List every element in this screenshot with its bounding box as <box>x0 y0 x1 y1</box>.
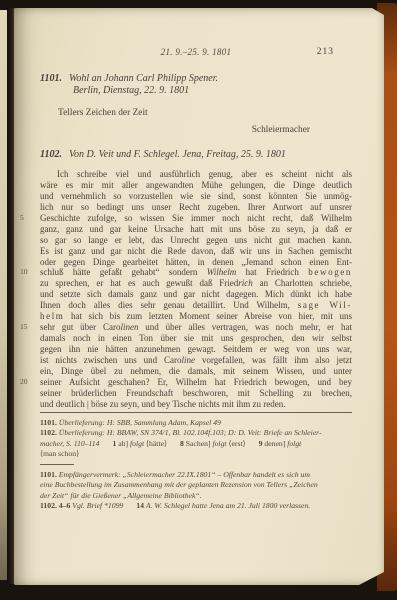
text-run: gegen ihn nie hätten anzunehmen gewagt. … <box>40 344 352 354</box>
text-run: schluß hätte gefaßt gehabt“ sondern <box>40 267 207 277</box>
text-run: ist nichts zwischen uns und Caro <box>40 355 182 365</box>
letter-1101-place-date: Berlin, Dienstag, 22. 9. 1801 <box>73 85 352 97</box>
text-run: wäre es mir mit aller angewandten Mühe g… <box>40 180 352 190</box>
text-run: ⟨erst⟩ <box>227 439 246 448</box>
text-run: line <box>182 355 196 365</box>
letter-1101-heading-line1: 1101.Wohl an Johann Carl Philipp Spener. <box>40 73 352 85</box>
text-line: 1101. Empfängervermerk: „Schleiermacher … <box>40 470 352 480</box>
margin-line-number: 10 <box>20 267 35 278</box>
text-run: ein, Dinge übel zu nehmen, die damals, m… <box>40 366 352 376</box>
letter-1102-heading: 1102.Von D. Veit und F. Schlegel. Jena, … <box>40 149 352 161</box>
text-line: zu sprechen, er hat es auch gewußt daß F… <box>40 278 352 289</box>
text-line: Ich schreibe viel und ausführlich genug,… <box>40 169 352 180</box>
text-run: eine Buchbestellung im Zusammenhang mit … <box>40 480 318 489</box>
text-line: Es ist ganz und gar nicht die Rede davon… <box>40 246 352 257</box>
commentary-divider-rule <box>40 464 74 465</box>
text-run: und vernehmlich so vorzustellen wie sie … <box>40 191 352 201</box>
text-run: ⟨hätte⟩ <box>144 439 167 448</box>
text-line: damals noch in einen Ton über sie mit un… <box>40 333 352 344</box>
text-run: und setzte sich damals ganz und gar nich… <box>40 289 352 299</box>
page-number: 213 <box>317 47 334 57</box>
text-run: Sachen] <box>184 439 213 448</box>
margin-line-number: 20 <box>20 377 35 388</box>
text-run: bewogen <box>308 267 352 277</box>
text-run: 4–6 <box>59 501 71 510</box>
text-run: oder gegen Dinge gearbeitet hätten, in d… <box>40 257 352 267</box>
text-run: lich nur so bedingt uns unser Recht zuge… <box>40 202 352 212</box>
text-line: seiner brüderlichen Freundschaft beschwo… <box>40 388 352 399</box>
text-run: vorgefallen, was fällt ihm also jetzt <box>195 355 352 365</box>
text-run: ganz, ganz und gar keine Ursache hatt mi… <box>40 224 352 234</box>
text-line: oder gegen Dinge gearbeitet hätten, in d… <box>40 257 352 268</box>
text-run: hat Friedrich <box>236 267 308 277</box>
text-line: ⟨man schon⟩ <box>40 449 352 459</box>
letter-1102-number: 1102. <box>40 149 62 160</box>
text-run: ⟨man schon⟩ <box>40 449 79 458</box>
text-line: der Zeit“ für die Gießener „Allgemeine B… <box>40 491 352 501</box>
text-run: sage Wil- <box>298 300 352 310</box>
letter-1101-heading: 1101.Wohl an Johann Carl Philipp Spener.… <box>40 73 352 96</box>
text-line: so gar so lange er lebt, das Unrecht geg… <box>40 235 352 246</box>
text-run: und deutlich | böse zu seyn, und bey Tis… <box>40 399 286 409</box>
letter-1102-text: Ich schreibe viel und ausführlich genug,… <box>40 169 352 410</box>
margin-line-number: 15 <box>20 322 35 333</box>
letter-1101-signature: Schleiermacher <box>40 125 310 135</box>
text-run: 1102. <box>40 428 57 437</box>
text-run: sehr gut über Caro <box>40 322 120 332</box>
text-run: 1101. <box>40 418 57 427</box>
text-run: zu sprechen, er hat es auch gewußt daß F… <box>40 278 238 288</box>
text-run: folgt <box>287 439 301 448</box>
letter-1102-title: Von D. Veit und F. Schlegel. Jena, Freit… <box>69 149 286 160</box>
text-line: 10schluß hätte gefaßt gehabt“ sondern Wi… <box>40 267 352 278</box>
text-run: seiner brüderlichen Freundschaft beschwo… <box>40 388 352 398</box>
text-run: Überlieferung: H: BBAW, SN 374/1, Bl. 10… <box>59 428 322 437</box>
text-run: seiner Aufsicht geschahen? Er, Wilhelm h… <box>40 377 352 387</box>
text-run: helm <box>40 311 64 321</box>
text-run: Es ist ganz und gar nicht die Rede davon… <box>40 246 352 256</box>
header-date-range: 21. 9.–25. 9. 1801 <box>40 47 352 57</box>
text-run: Ihnen doch alles dies sehr genau detaill… <box>40 300 298 310</box>
text-line: eine Buchbestellung im Zusammenhang mit … <box>40 480 352 490</box>
text-line: gegen ihn nie hätten anzunehmen gewagt. … <box>40 344 352 355</box>
text-run: folgt <box>212 439 226 448</box>
text-run: so gar so lange er lebt, das Unrecht geg… <box>40 235 352 245</box>
text-line: wäre es mir mit aller angewandten Mühe g… <box>40 180 352 191</box>
text-run: macher, S. 110–114 <box>40 439 100 448</box>
text-line: 1102. 4–6 Vgl. Brief *109914 A. W. Schle… <box>40 501 352 511</box>
text-run: an Charlotten schriebe, <box>253 278 352 288</box>
text-line: helm hat sich bis zum letzten Moment sei… <box>40 311 352 322</box>
text-run: 1102. <box>40 501 57 510</box>
text-run: ab] <box>116 439 130 448</box>
letter-1101-title: Wohl an Johann Carl Philipp Spener. <box>69 73 218 84</box>
text-run: und über alles vertragen, was noch mehr,… <box>138 322 352 332</box>
text-line: und setzte sich damals ganz und gar nich… <box>40 289 352 300</box>
apparatus-variants: 1101. Überlieferung: H: SBB, Sammlung Ad… <box>40 418 352 459</box>
text-run: der Zeit“ für die Gießener „Allgemeine B… <box>40 491 202 500</box>
text-run: 1101. <box>40 470 57 479</box>
text-run: denen] <box>262 439 287 448</box>
text-line: und deutlich | böse zu seyn, und bey Tis… <box>40 399 352 410</box>
text-run: Überlieferung: H: SBB, Sammlung Adam, Ka… <box>59 418 221 427</box>
text-run: Wilhelm <box>207 267 237 277</box>
running-header: 21. 9.–25. 9. 1801 213 <box>40 47 352 59</box>
page-content: 21. 9.–25. 9. 1801 213 1101.Wohl an Joha… <box>40 8 352 585</box>
book-page: 21. 9.–25. 9. 1801 213 1101.Wohl an Joha… <box>14 8 384 585</box>
text-line: macher, S. 110–1141 ab] folgt ⟨hätte⟩8 S… <box>40 439 352 449</box>
text-line: Ihnen doch alles dies sehr genau detaill… <box>40 300 352 311</box>
text-run: rich <box>238 278 253 288</box>
text-line: ist nichts zwischen uns und Caroline vor… <box>40 355 352 366</box>
text-run: damals noch in einen Ton über sie mit un… <box>40 333 352 343</box>
apparatus-divider-rule <box>40 412 352 413</box>
text-run: Geschichte zufolge, so wissen Sie immer … <box>40 213 352 223</box>
book-gutter-shadow <box>7 8 15 584</box>
apparatus-commentary: 1101. Empfängervermerk: „Schleiermacher … <box>40 470 352 511</box>
text-run: folgt <box>130 439 144 448</box>
text-run: 14 <box>136 501 144 510</box>
text-run: A. W. Schlegel hatte Jena am 21. Juli 18… <box>146 501 310 510</box>
text-line: und vernehmlich so vorzustellen wie sie … <box>40 191 352 202</box>
text-line: 1101. Überlieferung: H: SBB, Sammlung Ad… <box>40 418 352 428</box>
text-line: 20seiner Aufsicht geschahen? Er, Wilhelm… <box>40 377 352 388</box>
text-run: linen <box>120 322 138 332</box>
letter-1101-body-text: Tellers Zeichen der Zeit <box>40 108 148 118</box>
book-photo: 21. 9.–25. 9. 1801 213 1101.Wohl an Joha… <box>0 0 397 600</box>
text-line: 5Geschichte zufolge, so wissen Sie immer… <box>40 213 352 224</box>
text-run: Ich schreibe viel und ausführlich genug,… <box>57 169 352 179</box>
text-run: Vgl. Brief *1099 <box>72 501 123 510</box>
text-run: Empfängervermerk: „Schleiermacher 22.IX.… <box>59 470 310 479</box>
margin-line-number: 5 <box>20 213 35 224</box>
text-run: hat sich bis zum letzten Moment seiner A… <box>64 311 352 321</box>
letter-1101-number: 1101. <box>40 73 62 84</box>
text-line: ein, Dinge übel zu nehmen, die damals, m… <box>40 366 352 377</box>
text-line: 15sehr gut über Carolinen und über alles… <box>40 322 352 333</box>
text-line: 1102. Überlieferung: H: BBAW, SN 374/1, … <box>40 428 352 438</box>
text-line: lich nur so bedingt uns unser Recht zuge… <box>40 202 352 213</box>
text-line: ganz, ganz und gar keine Ursache hatt mi… <box>40 224 352 235</box>
facing-page-edge <box>0 10 7 580</box>
